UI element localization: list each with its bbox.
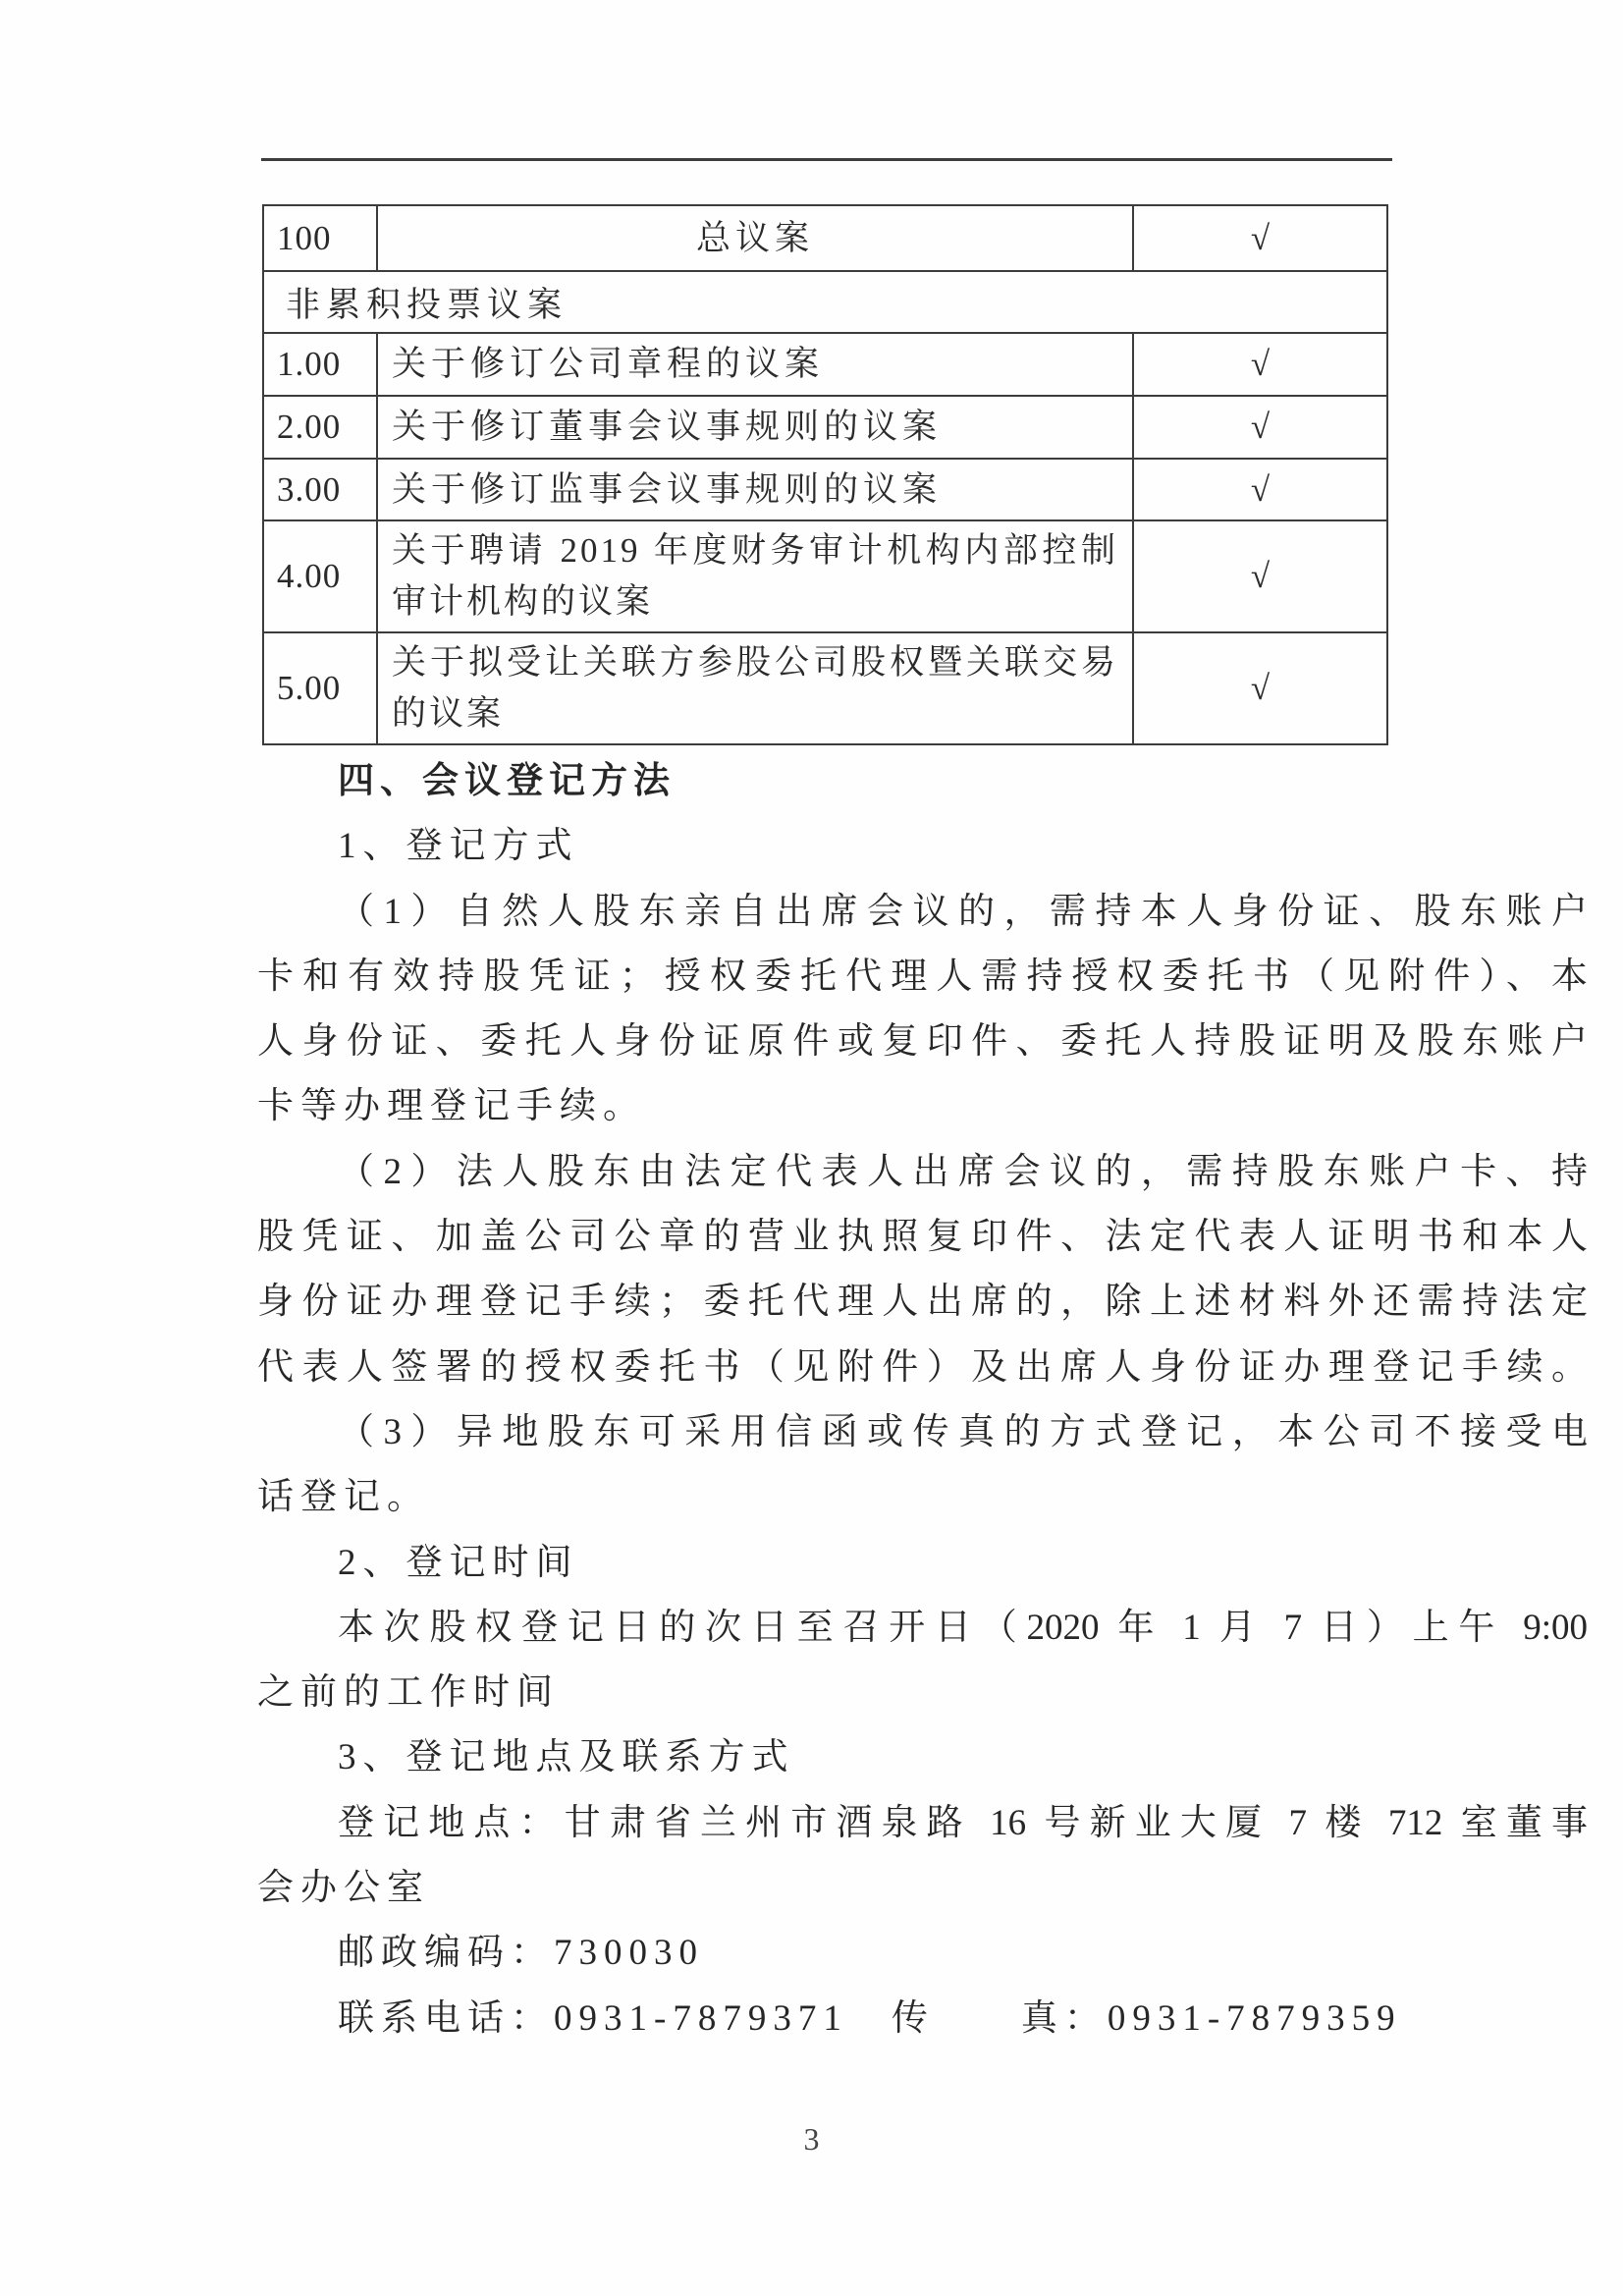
subsection-heading: 2、登记时间 — [257, 1531, 1588, 1596]
paragraph-line: 卡和有效持股凭证；授权委托代理人需持授权委托书（见附件）、本 — [257, 945, 1588, 1010]
document-body: 四、会议登记方法 1、登记方式 （1）自然人股东亲自出席会议的，需持本人身份证、… — [257, 749, 1588, 2051]
table-row: 1.00 关于修订公司章程的议案 √ — [263, 333, 1387, 396]
table-row: 3.00 关于修订监事会议事规则的议案 √ — [263, 459, 1387, 520]
check-mark: √ — [1133, 333, 1387, 396]
table-row: 2.00 关于修订董事会议事规则的议案 √ — [263, 396, 1387, 459]
proposal-title-cell: 关于修订监事会议事规则的议案 — [377, 459, 1133, 520]
page-number: 3 — [0, 2121, 1623, 2158]
check-mark: √ — [1133, 396, 1387, 459]
registration-address-line: 会办公室 — [257, 1856, 1588, 1921]
postal-code-line: 邮政编码：730030 — [257, 1921, 1588, 1986]
table-row: 100 总议案 √ — [263, 205, 1387, 271]
paragraph-line: 身份证办理登记手续；委托代理人出席的，除上述材料外还需持法定 — [257, 1270, 1588, 1335]
proposal-number-cell: 4.00 — [263, 520, 377, 632]
document-page: 100 总议案 √ 非累积投票议案 1.00 关于修订公司章程的议案 √ 2.0… — [0, 0, 1623, 2296]
proposal-title-cell: 关于拟受让关联方参股公司股权暨关联交易的议案 — [377, 632, 1133, 744]
table-row: 4.00 关于聘请 2019 年度财务审计机构内部控制审计机构的议案 √ — [263, 520, 1387, 632]
subsection-heading: 3、登记地点及联系方式 — [257, 1725, 1588, 1790]
proposal-number-cell: 5.00 — [263, 632, 377, 744]
proposal-number-cell: 3.00 — [263, 459, 377, 520]
phone-fax-line: 联系电话：0931-7879371 传 真：0931-7879359 — [257, 1987, 1588, 2051]
check-mark: √ — [1133, 520, 1387, 632]
paragraph-line: 人身份证、委托人身份证原件或复印件、委托人持股证明及股东账户 — [257, 1010, 1588, 1074]
registration-address-line: 登记地点：甘肃省兰州市酒泉路 16 号新业大厦 7 楼 712 室董事 — [257, 1791, 1588, 1856]
header-divider — [261, 158, 1392, 161]
table-row: 非累积投票议案 — [263, 271, 1387, 333]
proposal-title-cell: 关于聘请 2019 年度财务审计机构内部控制审计机构的议案 — [377, 520, 1133, 632]
section-heading: 四、会议登记方法 — [257, 749, 1588, 814]
proposal-title-cell: 总议案 — [377, 205, 1133, 271]
proposal-title-cell: 关于修订公司章程的议案 — [377, 333, 1133, 396]
check-mark: √ — [1133, 205, 1387, 271]
paragraph-line: 代表人签署的授权委托书（见附件）及出席人身份证办理登记手续。 — [257, 1336, 1588, 1400]
check-mark: √ — [1133, 459, 1387, 520]
voting-proposals-table: 100 总议案 √ 非累积投票议案 1.00 关于修订公司章程的议案 √ 2.0… — [262, 204, 1388, 745]
table-row: 5.00 关于拟受让关联方参股公司股权暨关联交易的议案 √ — [263, 632, 1387, 744]
subsection-heading: 1、登记方式 — [257, 814, 1588, 879]
paragraph-line: 股凭证、加盖公司公章的营业执照复印件、法定代表人证明书和本人 — [257, 1205, 1588, 1270]
non-cumulative-section-cell: 非累积投票议案 — [263, 271, 1387, 333]
registration-time-line: 之前的工作时间 — [257, 1661, 1588, 1725]
proposal-number-cell: 2.00 — [263, 396, 377, 459]
paragraph-line: （2）法人股东由法定代表人出席会议的，需持股东账户卡、持 — [257, 1140, 1588, 1205]
paragraph-line: 卡等办理登记手续。 — [257, 1074, 1588, 1139]
paragraph-line: （3）异地股东可采用信函或传真的方式登记，本公司不接受电 — [257, 1400, 1588, 1465]
proposal-title-cell: 关于修订董事会议事规则的议案 — [377, 396, 1133, 459]
paragraph-line: （1）自然人股东亲自出席会议的，需持本人身份证、股东账户 — [257, 880, 1588, 945]
check-mark: √ — [1133, 632, 1387, 744]
registration-time-line: 本次股权登记日的次日至召开日（2020 年 1 月 7 日）上午 9:00 — [257, 1596, 1588, 1661]
proposal-number-cell: 100 — [263, 205, 377, 271]
proposal-number-cell: 1.00 — [263, 333, 377, 396]
paragraph-line: 话登记。 — [257, 1465, 1588, 1530]
